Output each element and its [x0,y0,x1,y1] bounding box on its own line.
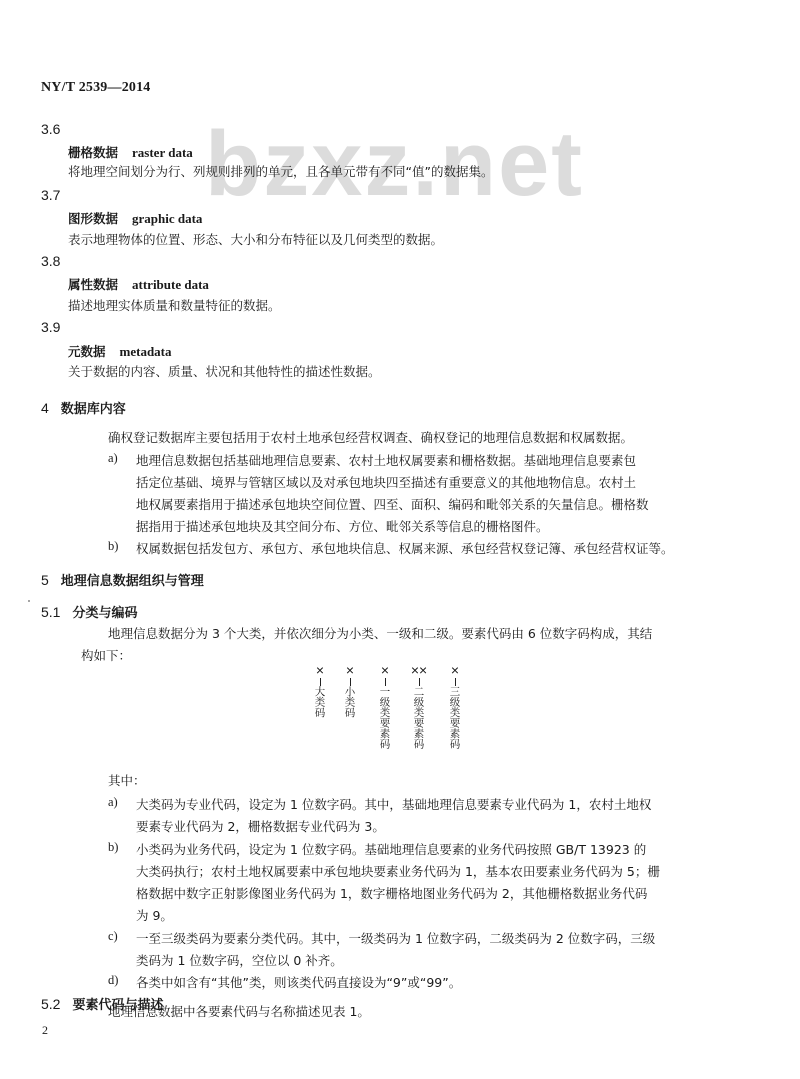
list-item-line: 地理信息数据包括基础地理信息要素、农村土地权属要素和栅格数据。基础地理信息要素包 [136,451,636,469]
page-number: 2 [42,1023,48,1038]
term-cn: 属性数据 [68,277,118,292]
list-item-line: 权属数据包括发包方、承包方、承包地块信息、权属来源、承包经营权登记簿、承包经营权… [136,539,674,557]
term-definition: 关于数据的内容、质量、状况和其他特性的描述性数据。 [68,362,381,380]
term-cn: 元数据 [68,344,106,359]
code-digit-mark: × [445,662,465,678]
list-label: b) [108,539,118,554]
paragraph: 地理信息数据中各要素代码与名称描述见表 1。 [108,1002,370,1020]
term-heading: 属性数据attribute data [68,275,209,293]
term-definition: 描述地理实体质量和数量特征的数据。 [68,296,281,314]
code-digit-mark: ×× [405,662,433,678]
diagram-column: × 大类码 [310,662,330,718]
code-part-label: 二级类要素码 [412,686,427,749]
list-item-line: 要素专业代码为 2，栅格数据专业代码为 3。 [136,817,385,835]
diagram-column: × 三级类要素码 [445,662,465,749]
code-part-label: 三级类要素码 [448,686,463,749]
list-item-line: 大类码为专业代码，设定为 1 位数字码。其中，基础地理信息要素专业代码为 1，农… [136,795,651,813]
scan-speck [28,600,30,602]
term-en: metadata [120,344,172,359]
list-item-line: 括定位基础、境界与管辖区域以及对承包地块四至描述有重要意义的其他地物信息。农村土 [136,473,636,491]
code-structure-diagram: × 大类码 × 小类码 × 一级类要素码 ×× 二级类要素码 × 三级类要素码 [300,662,480,762]
connector-line [455,678,456,686]
term-definition: 表示地理物体的位置、形态、大小和分布特征以及几何类型的数据。 [68,230,443,248]
diagram-column: × 一级类要素码 [375,662,395,749]
list-label: a) [108,795,118,810]
subsection-number: 5.1 [41,604,60,620]
term-cn: 图形数据 [68,211,118,226]
list-item-line: 类码为 1 位数字码，空位以 0 补齐。 [136,951,343,969]
term-en: raster data [132,145,193,160]
code-digit-mark: × [340,662,360,678]
list-item-line: 大类码执行；农村土地权属要素中承包地块要素业务代码为 1，基本农田要素业务代码为… [136,862,660,880]
list-item-line: 地权属要素指用于描述承包地块空间位置、四至、面积、编码和毗邻关系的矢量信息。栅格… [136,495,649,513]
code-part-label: 一级类要素码 [378,686,393,749]
connector-line [320,678,321,686]
list-label: d) [108,973,118,988]
section-number: 5 [41,572,49,588]
connector-line [419,678,420,686]
connector-line [350,678,351,686]
list-item-line: 为 9。 [136,906,173,924]
paragraph: 确权登记数据库主要包括用于农村土地承包经营权调查、确权登记的地理信息数据和权属数… [108,428,633,446]
paragraph-line: 地理信息数据分为 3 个大类，并依次细分为小类、一级和二级。要素代码由 6 位数… [108,624,652,642]
diagram-column: ×× 二级类要素码 [405,662,433,749]
section-heading: 4数据库内容 [41,398,126,417]
diagram-column: × 小类码 [340,662,360,718]
subsection-number: 5.2 [41,996,60,1012]
list-label: a) [108,451,118,466]
subsection-heading: 5.1分类与编码 [41,602,137,621]
term-heading: 图形数据graphic data [68,209,202,227]
list-item-line: 各类中如含有“其他”类，则该类代码直接设为“9”或“99”。 [136,973,461,991]
section-title: 数据库内容 [61,402,126,417]
term-heading: 元数据metadata [68,342,172,360]
paragraph-line: 构如下： [81,646,131,664]
standard-id-header: NY/T 2539—2014 [41,80,151,96]
list-item-line: 格数据中数字正射影像图业务代码为 1，数字栅格地图业务代码为 2，其他栅格数据业… [136,884,647,902]
term-cn: 栅格数据 [68,145,118,160]
section-number: 4 [41,400,49,416]
subsection-title: 分类与编码 [72,606,137,621]
list-label: c) [108,929,118,944]
list-item-line: 据指用于描述承包地块及其空间分布、方位、毗邻关系等信息的栅格图件。 [136,517,549,535]
term-en: graphic data [132,211,202,226]
clause-number: 3.7 [41,187,60,203]
code-digit-mark: × [310,662,330,678]
list-item-line: 一至三级类码为要素分类代码。其中，一级类码为 1 位数字码，二级类码为 2 位数… [136,929,655,947]
term-en: attribute data [132,277,209,292]
clause-number: 3.9 [41,319,60,335]
clause-number: 3.8 [41,253,60,269]
where-label: 其中： [108,771,146,789]
code-part-label: 大类码 [313,686,328,718]
list-label: b) [108,840,118,855]
section-heading: 5地理信息数据组织与管理 [41,570,204,589]
clause-number: 3.6 [41,121,60,137]
section-title: 地理信息数据组织与管理 [61,574,204,589]
term-heading: 栅格数据raster data [68,143,193,161]
list-item-line: 小类码为业务代码，设定为 1 位数字码。基础地理信息要素的业务代码按照 GB/T… [136,840,646,858]
code-part-label: 小类码 [343,686,358,718]
connector-line [385,678,386,686]
term-definition: 将地理空间划分为行、列规则排列的单元，且各单元带有不同“值”的数据集。 [68,162,493,180]
code-digit-mark: × [375,662,395,678]
